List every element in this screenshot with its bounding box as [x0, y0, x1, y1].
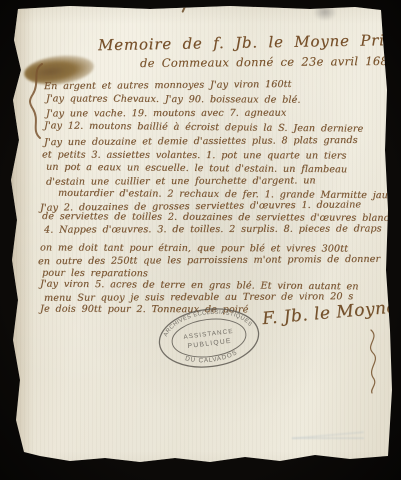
- manuscript-line: un pot a eaux un escuelle. le tout d'est…: [46, 162, 347, 176]
- pen-mark: [181, 0, 188, 13]
- manuscript-line: on me doit tant pour étrain, que pour bl…: [40, 242, 348, 254]
- document-title-line1: Memoire de f. Jb. le Moyne Prieur: [98, 32, 348, 54]
- manuscript-line: J'ay 12. moutons baillié à écroist depui…: [44, 120, 363, 134]
- archive-stamp: ARCHIVES ECCLESIASTIQUES DU CALVADOS ASS…: [156, 306, 262, 370]
- pencil-mark: [292, 429, 365, 448]
- svg-text:DU CALVADOS: DU CALVADOS: [184, 349, 240, 367]
- scanned-document: Memoire de f. Jb. le Moyne Prieur de Com…: [0, 0, 401, 480]
- manuscript-line: menu Sur quoy je suis redevable au Treso…: [44, 291, 353, 304]
- manuscript-line: J'ay une vache. 19. moutons avec 7. agne…: [46, 108, 286, 120]
- smudge-mark: [313, 3, 337, 21]
- stamp-arc-bottom-text: DU CALVADOS: [184, 349, 240, 367]
- manuscript-line: en outre des 250tt que les parroissiens …: [38, 254, 380, 267]
- manuscript-line: J'ay quatres Chevaux. J'ay 90. boisseaux…: [46, 93, 301, 105]
- manuscript-line: 4. Nappes d'œuvres. 3. de toilles. 2 sur…: [44, 223, 382, 235]
- manuscript-line: de serviettes de toilles 2. douzaines de…: [42, 211, 401, 224]
- manuscript-line: et petits 3. assiettes volantes. 1. pot …: [42, 149, 347, 161]
- paper-sheet: Memoire de f. Jb. le Moyne Prieur de Com…: [0, 0, 401, 480]
- signature-flourish: [362, 328, 384, 396]
- manuscript-line: J'ay viron 5. acres de terre en gras blé…: [40, 279, 359, 293]
- manuscript-line: J'ay une douzaine et demie d'assiettes p…: [44, 135, 358, 148]
- manuscript-line: pour les reparations: [42, 268, 148, 280]
- manuscript-line: d'estain une cuillier et une fourchette …: [46, 175, 316, 187]
- manuscript-line: En argent et autres monnoyes J'ay viron …: [44, 79, 292, 92]
- document-title-line2: de Commeaux donné ce 23e avril 1687.: [140, 54, 380, 70]
